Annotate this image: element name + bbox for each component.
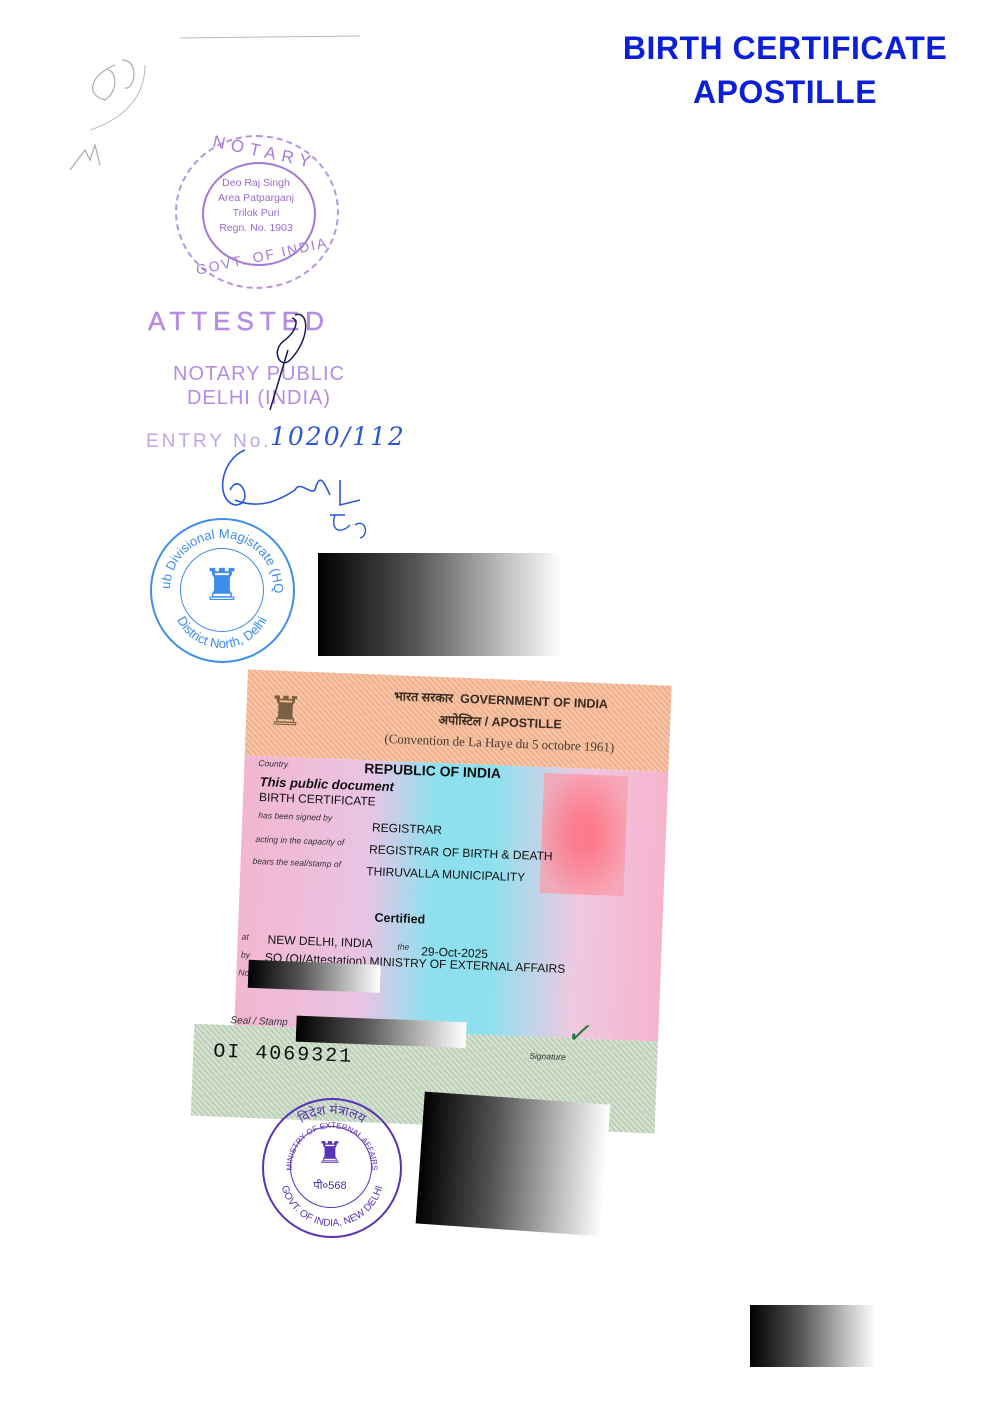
country-label: Country [258,758,288,769]
seal-line: Deo Raj Singh [206,176,306,191]
apostille-header: ♜ भारत सरकार GOVERNMENT OF INDIA अपोस्टि… [245,670,672,772]
title-line-1: BIRTH CERTIFICATE [580,26,990,70]
title-line-2: APOSTILLE [580,70,990,114]
by-label: by [241,949,250,959]
redaction-block [318,553,562,656]
sdm-seal: Sub Divisional Magistrate (HQ) District … [150,518,295,663]
redaction-block [750,1305,876,1367]
seal-line: Area Patparganj [206,191,306,206]
seal-line: Regn. No. 1903 [206,221,306,236]
header-apostille-en: APOSTILLE [491,715,562,732]
at-label: at [242,931,249,941]
apostille-certificate: ♜ भारत सरकार GOVERNMENT OF INDIA अपोस्टि… [191,668,674,1134]
seal-stamp-label: Seal / Stamp [230,1015,288,1028]
national-emblem-icon: ♜ [200,556,244,616]
svg-text:District North, Delhi: District North, Delhi [174,614,270,652]
national-emblem-icon: ♜ [259,678,311,746]
notary-seal: NOTARY Deo Raj Singh Area Patparganj Tri… [172,132,342,292]
seal-center-text: Deo Raj Singh Area Patparganj Trilok Pur… [206,176,306,236]
mea-seal: विदेश मंत्रालय MINISTRY OF EXTERNAL AFFA… [262,1098,402,1238]
national-emblem-icon: ♜ [310,1132,350,1176]
mea-seal-number: पी०568 [298,1178,362,1193]
header-gov: GOVERNMENT OF INDIA [460,692,608,712]
redaction-block [416,1092,611,1237]
the-label: the [397,941,409,951]
red-emblem-stamp [540,773,629,896]
signature-mark: ✓ [566,1016,591,1050]
signed-by-value: REGISTRAR [372,820,443,837]
header-apostille-hindi: अपोस्टिल [438,713,481,729]
seal-line: Trilok Puri [206,206,306,221]
document-title: BIRTH CERTIFICATE APOSTILLE [580,26,990,114]
certified-label: Certified [374,911,425,927]
header-hindi: भारत सरकार [394,689,454,705]
signature-label: Signature [529,1051,566,1062]
redaction-block [248,960,381,993]
